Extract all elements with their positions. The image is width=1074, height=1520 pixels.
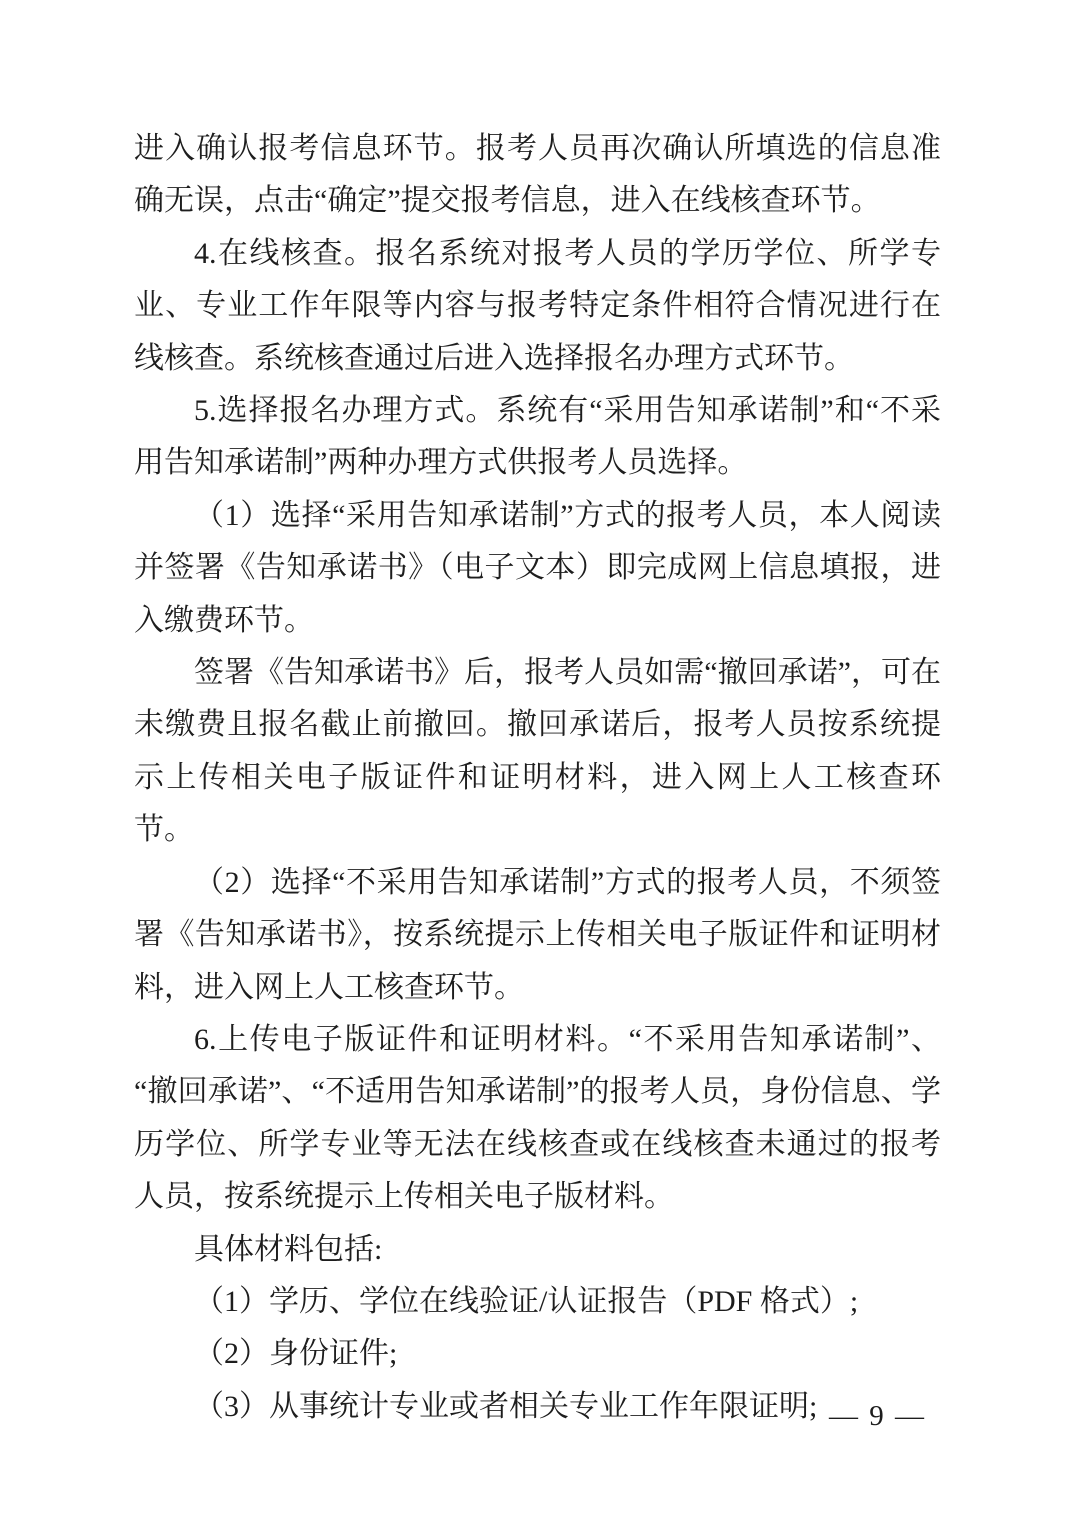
para-step6-upload-materials: 6.上传电子版证件和证明材料。“不采用告知承诺制”、“撤回承诺”、“不适用告知承…	[134, 1014, 941, 1224]
document-body: 进入确认报考信息环节。报考人员再次确认所填选的信息准确无误，点击“确定”提交报考…	[134, 123, 941, 1433]
para-materials-intro: 具体材料包括:	[134, 1224, 941, 1276]
para-step4-online-check: 4.在线核查。报名系统对报考人员的学历学位、所学专业、专业工作年限等内容与报考特…	[134, 228, 941, 385]
para-option2-no-commitment: （2）选择“不采用告知承诺制”方式的报考人员，不须签署《告知承诺书》，按系统提示…	[134, 857, 941, 1014]
list-item-1-education-report: （1）学历、学位在线验证/认证报告（PDF 格式）;	[134, 1276, 941, 1328]
page-number: — 9 —	[829, 1396, 926, 1436]
para-withdraw-commitment: 签署《告知承诺书》后，报考人员如需“撤回承诺”，可在未缴费且报名截止前撤回。撤回…	[134, 647, 941, 857]
document-page: 进入确认报考信息环节。报考人员再次确认所填选的信息准确无误，点击“确定”提交报考…	[0, 0, 1074, 1520]
para-step5-choose-method: 5.选择报名办理方式。系统有“采用告知承诺制”和“不采用告知承诺制”两种办理方式…	[134, 385, 941, 490]
para-confirm-info-continuation: 进入确认报考信息环节。报考人员再次确认所填选的信息准确无误，点击“确定”提交报考…	[134, 123, 941, 228]
list-item-3-work-years-proof: （3）从事统计专业或者相关专业工作年限证明;	[134, 1381, 941, 1433]
para-option1-commitment: （1）选择“采用告知承诺制”方式的报考人员，本人阅读并签署《告知承诺书》（电子文…	[134, 490, 941, 647]
list-item-2-id-document: （2）身份证件;	[134, 1328, 941, 1380]
